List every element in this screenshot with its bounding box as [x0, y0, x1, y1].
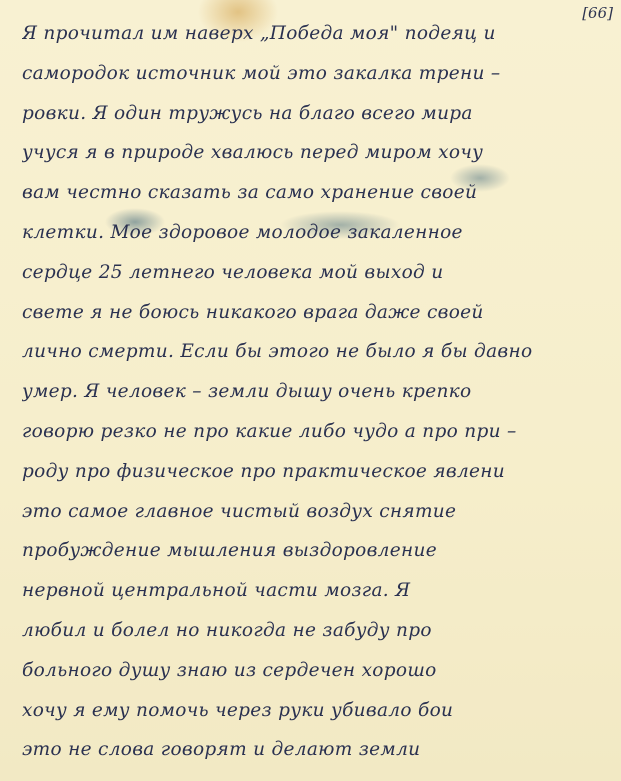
- text-line: сердце 25 летнего человека мой выход и: [22, 253, 607, 293]
- text-line: умер. Я человек – земли дышу очень крепк…: [22, 372, 607, 412]
- text-line: Я прочитал им наверх „Победа моя" подеяц…: [22, 14, 607, 54]
- handwritten-text: Я прочитал им наверх „Победа моя" подеяц…: [22, 14, 607, 770]
- text-line: говорю резко не про какие либо чудо а пр…: [22, 412, 607, 452]
- text-line: самородок источник мой это закалка трени…: [22, 54, 607, 94]
- text-line: это не слова говорят и делают земли: [22, 730, 607, 770]
- text-line: пробуждение мышления выздоровление: [22, 531, 607, 571]
- text-line: любил и болел но никогда не забуду про: [22, 611, 607, 651]
- text-line: ровки. Я один тружусь на благо всего мир…: [22, 94, 607, 134]
- text-line: свете я не боюсь никакого врага даже сво…: [22, 293, 607, 333]
- text-line: клетки. Мое здоровое молодое закаленное: [22, 213, 607, 253]
- text-line: лично смерти. Если бы этого не было я бы…: [22, 332, 607, 372]
- text-line: учуся я в природе хвалюсь перед миром хо…: [22, 133, 607, 173]
- text-line: это самое главное чистый воздух снятие: [22, 492, 607, 532]
- text-line: хочу я ему помочь через руки убивало бои: [22, 691, 607, 731]
- text-line: вам честно сказать за само хранение свое…: [22, 173, 607, 213]
- text-line: больного душу знаю из сердечен хорошо: [22, 651, 607, 691]
- notebook-page: [66] Я прочитал им наверх „Победа моя" п…: [0, 0, 621, 781]
- text-line: роду про физическое про практическое явл…: [22, 452, 607, 492]
- text-line: нервной центральной части мозга. Я: [22, 571, 607, 611]
